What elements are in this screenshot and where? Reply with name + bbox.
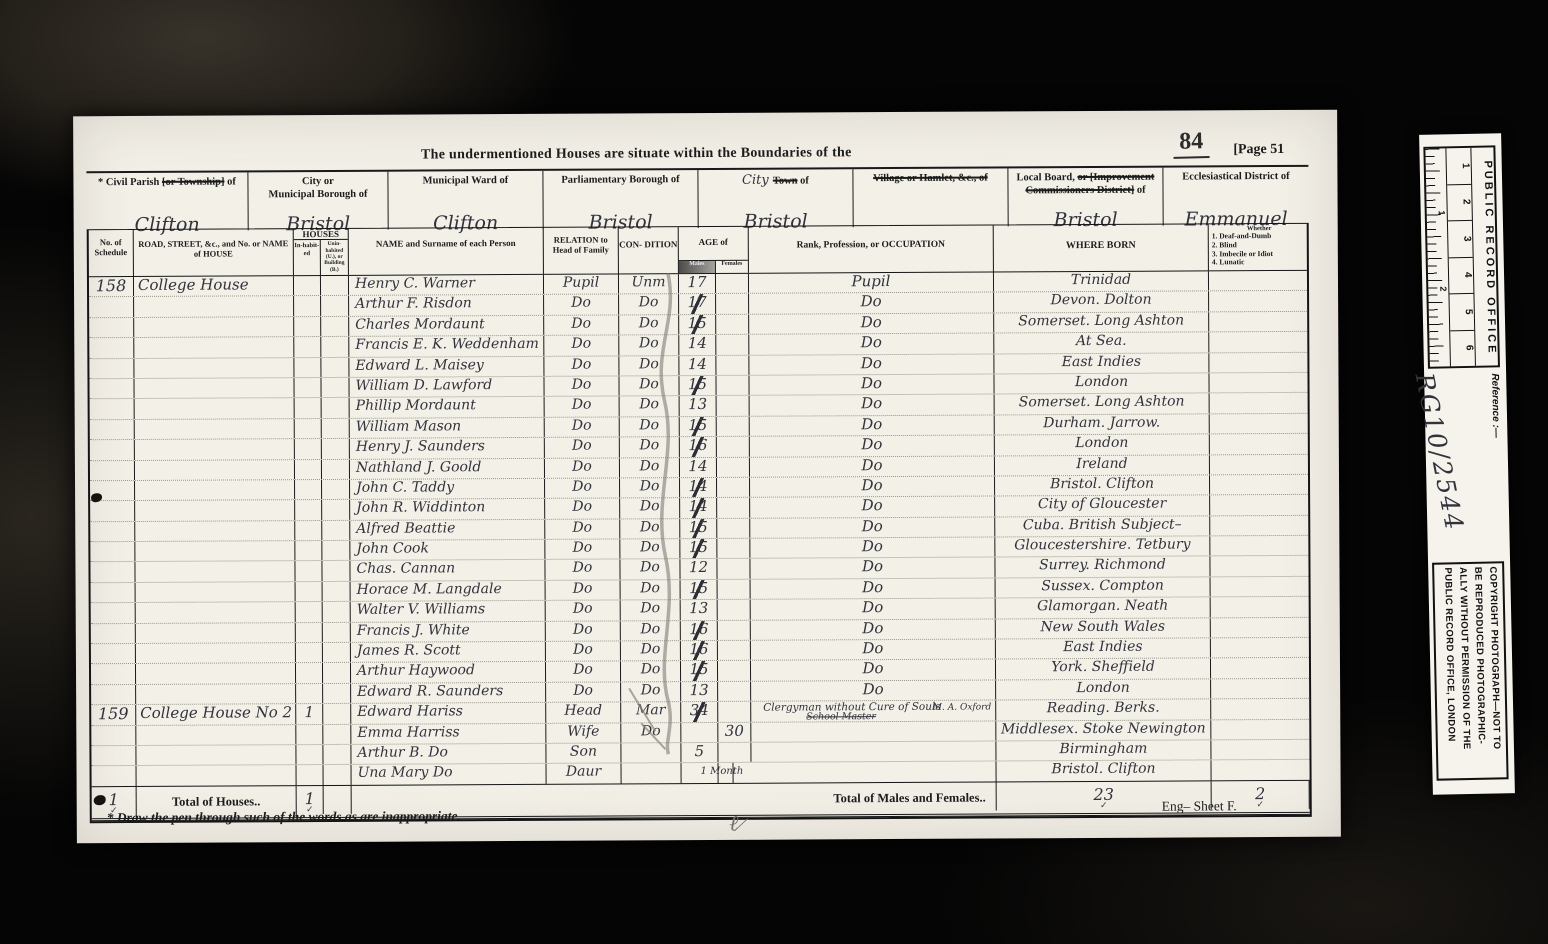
cell-sched [89, 318, 134, 338]
cell-uninh [322, 419, 350, 439]
geography-cell: * Civil Parish [or Township] ofClifton [86, 172, 248, 231]
cell-occ: Do [751, 680, 996, 701]
col-header-females: Females [716, 261, 748, 273]
cell-f [716, 355, 749, 375]
cell-uninh [323, 643, 351, 663]
cell-sched [92, 766, 137, 786]
cell-road [134, 378, 294, 398]
cell-uninh [321, 357, 349, 377]
cell-m: 12 [680, 559, 717, 579]
cell-road [135, 500, 295, 520]
cell-cond: Do [620, 560, 680, 580]
cell-occ: Do [750, 456, 995, 477]
cell-m: 15 [681, 580, 718, 600]
cell-sched [90, 562, 135, 582]
cell-born: City of Gloucester [995, 496, 1210, 517]
cell-f: 1 Month [701, 763, 734, 783]
cell-inh [294, 296, 321, 316]
reference-label: Reference :— [1489, 373, 1501, 438]
cell-inh [294, 317, 321, 337]
cell-born: Surrey. Richmond [995, 557, 1210, 578]
cell-road [135, 399, 295, 419]
cell-inh: 1 [296, 704, 323, 724]
cell-m: 16 [681, 621, 718, 641]
copyright-stamp: COPYRIGHT PHOTOGRAPH—NOT TO BE REPRODUCE… [1432, 561, 1509, 780]
cell-sched [90, 501, 135, 521]
cell-sched [91, 664, 136, 684]
cell-sched [91, 644, 136, 664]
col-header-road: ROAD, STREET, &c., and No. or NAME of HO… [134, 229, 294, 276]
geography-cell: Local Board, or [ImprovementCommissioner… [1008, 168, 1163, 227]
cell-m [681, 723, 718, 743]
cell-cond: Do [619, 315, 679, 335]
cell-sched [91, 603, 136, 623]
cell-rel: Wife [546, 723, 621, 743]
cell-name: Henry J. Saunders [350, 438, 545, 458]
ruler-number: 6 [1450, 330, 1475, 366]
cell-born: Middlesex. Stoke Newington [996, 720, 1211, 741]
cell-name: Francis J. White [351, 621, 546, 641]
cell-rel: Son [546, 743, 621, 763]
cell-cond: Do [619, 335, 679, 355]
cell-name: Emma Harriss [351, 723, 546, 743]
cell-cond: Do [621, 662, 681, 682]
cell-inh [296, 725, 323, 745]
cell-sched [90, 420, 135, 440]
cell-m: 17 [679, 294, 716, 314]
cell-rel: Do [545, 540, 620, 560]
cell-rel: Do [545, 519, 620, 539]
cell-rel: Do [545, 458, 620, 478]
cell-road [134, 358, 294, 378]
cell-cond: Do [619, 295, 679, 315]
col-header-name: NAME and Surname of each Person [349, 228, 544, 275]
cell-f [717, 478, 750, 498]
cell-rel: Do [545, 560, 620, 580]
cell-road: College House No 2 [136, 704, 296, 725]
cell-inh [297, 765, 324, 785]
cell-rel: Do [544, 295, 619, 315]
cell-cond: Do [620, 498, 680, 518]
cell-inh [295, 460, 322, 480]
cell-wh [1210, 393, 1308, 413]
cell-f [716, 376, 749, 396]
cell-inh [295, 398, 322, 418]
cell-uninh [321, 276, 349, 296]
cell-name: Henry C. Warner [349, 275, 544, 295]
cell-born: Durham. Jarrow. [995, 414, 1210, 435]
geography-column-label: Municipal Ward of [388, 171, 542, 188]
cell-rel: Do [546, 682, 621, 702]
cell-born: London [994, 373, 1209, 394]
cell-road [135, 541, 295, 561]
cell-wh [1211, 740, 1309, 760]
cell-inh [294, 378, 321, 398]
cell-m: 13 [680, 396, 717, 416]
cell-occ: Do [750, 538, 995, 559]
cell-occ: Do [750, 436, 995, 457]
cell-rel: Pupil [544, 274, 619, 294]
cell-born: Bristol. Clifton [995, 475, 1210, 496]
cell-wh [1210, 556, 1308, 576]
geography-column-label: City orMunicipal Borough of [248, 172, 387, 202]
cell-cond: Do [620, 417, 680, 437]
cell-wh [1211, 760, 1309, 780]
cell-m: 16 [681, 641, 718, 661]
cell-occ [751, 741, 996, 762]
cell-occ: Clergyman without Cure of SoulsSchool Ma… [751, 701, 996, 722]
cell-uninh [323, 724, 351, 744]
cell-uninh [323, 582, 351, 602]
table-header: No. of Schedule ROAD, STREET, &c., and N… [89, 224, 1307, 277]
cell-born: London [995, 434, 1210, 455]
cell-sched: 158 [89, 277, 134, 297]
cell-uninh [322, 521, 350, 541]
geography-column-label: Ecclesiastical District of [1163, 167, 1308, 184]
cell-name: John C. Taddy [350, 479, 545, 499]
cell-m: 14 [680, 457, 717, 477]
cell-occ: Do [750, 497, 995, 518]
cell-f [718, 620, 751, 640]
cell-rel: Do [546, 641, 621, 661]
cell-m: 13 [681, 682, 718, 702]
cell-inh [295, 480, 322, 500]
cell-sched [89, 297, 134, 317]
cell-wh [1209, 332, 1307, 352]
cell-cond: Do [620, 539, 680, 559]
houses-title: HOUSES [294, 229, 348, 241]
cell-rel: Do [544, 356, 619, 376]
reference-area: Reference :— RG10/2544 [1424, 369, 1510, 559]
cell-f [717, 518, 750, 538]
cell-wh [1211, 699, 1309, 720]
ruler-number: 5 [1449, 294, 1474, 331]
cell-name: John Cook [350, 540, 545, 560]
whether-line: 4. Lunatic [1212, 258, 1307, 267]
cell-occ: Do [751, 660, 996, 681]
cell-sched [91, 726, 136, 746]
cell-cond: Do [620, 437, 680, 457]
cell-sched [90, 399, 135, 419]
cell-m: 14 [679, 356, 716, 376]
cell-occ: Do [750, 558, 995, 579]
cell-f [717, 498, 750, 518]
col-header-occupation: Rank, Profession, or OCCUPATION [749, 225, 994, 272]
cell-road [136, 684, 296, 704]
cell-f [717, 417, 750, 437]
cell-cond: Do [620, 458, 680, 478]
cell-wh [1210, 434, 1308, 454]
cell-name: William Mason [350, 418, 545, 438]
cell-born: Glamorgan. Neath [996, 598, 1211, 619]
cell-occ: Do [749, 354, 994, 375]
cell-m: 15 [681, 661, 718, 681]
cell-cond: Do [620, 519, 680, 539]
cell-occ: Do [751, 640, 996, 661]
form-footnote: * Draw the pen through such of the words… [107, 808, 461, 826]
cell-road [136, 664, 296, 684]
cell-road [136, 643, 296, 663]
cell-inh [296, 745, 323, 765]
cell-born: London [996, 679, 1211, 700]
cell-occ: Do [751, 599, 996, 620]
cell-cond [621, 743, 681, 763]
cell-cond: Do [621, 641, 681, 661]
cell-f [718, 743, 751, 763]
ruler-number: 4 [1449, 257, 1474, 294]
cell-sched: 159 [91, 705, 136, 725]
cell-road [135, 460, 295, 480]
cell-road [136, 582, 296, 602]
cell-occ: Do [749, 293, 994, 314]
cell-sched [89, 379, 134, 399]
ruler-number: 3 [1448, 221, 1473, 258]
cell-uninh [321, 296, 349, 316]
cell-f [717, 559, 750, 579]
cell-born: Gloucestershire. Tetbury [995, 536, 1210, 557]
cell-occ: Do [750, 517, 995, 538]
ruler: 1 2 1 2 3 4 5 6 PUBLIC RECORD OFFICE [1423, 145, 1500, 368]
cell-occ: Do [749, 334, 994, 355]
cell-name: Arthur Haywood [351, 662, 546, 682]
cell-uninh [323, 684, 351, 704]
cell-road [134, 297, 294, 317]
cell-name: Charles Mordaunt [349, 316, 544, 336]
cell-cond: Do [620, 396, 680, 416]
cell-inh [296, 684, 323, 704]
cell-occ: Do [751, 619, 996, 640]
cell-born: At Sea. [994, 333, 1209, 354]
cell-name: James R. Scott [351, 642, 546, 662]
geography-cell: Municipal Ward ofClifton [388, 171, 543, 230]
cell-wh [1209, 271, 1307, 291]
cell-wh [1210, 536, 1308, 556]
cell-sched [91, 583, 136, 603]
cell-uninh [321, 337, 349, 357]
cell-road [134, 317, 294, 337]
cell-wh [1209, 373, 1307, 393]
cell-m: 14 [680, 498, 717, 518]
cell-wh [1211, 719, 1309, 739]
cell-cond: Do [620, 478, 680, 498]
cell-cond: Unm [619, 274, 679, 294]
reference-number: RG10/2544 [1410, 371, 1470, 534]
cell-f [717, 396, 750, 416]
col-header-age: AGE of Males Females [679, 227, 749, 273]
cell-inh [294, 276, 321, 296]
cell-inh [295, 541, 322, 561]
ink-blob [94, 795, 106, 805]
cell-occ: Pupil [749, 272, 994, 293]
cell-cond: Do [621, 682, 681, 702]
cell-m: 15 [679, 315, 716, 335]
cell-f [716, 335, 749, 355]
cell-rel: Do [546, 601, 621, 621]
cell-f [718, 600, 751, 620]
cell-inh [295, 521, 322, 541]
cell-cond: Do [619, 376, 679, 396]
cell-rel: Do [544, 315, 619, 335]
geography-cell: Parliamentary Borough ofBristol [543, 170, 698, 229]
cell-occ: Do [749, 374, 994, 395]
cell-road [135, 562, 295, 582]
cell-uninh [323, 623, 351, 643]
geography-column-label: Local Board, or [ImprovementCommissioner… [1008, 168, 1162, 198]
cell-f [718, 702, 751, 722]
cell-m: 5 [681, 743, 718, 763]
form-heading: The undermentioned Houses are situate wi… [86, 143, 1186, 165]
cell-m: 14 [679, 335, 716, 355]
geography-column-label: Parliamentary Borough of [543, 170, 697, 187]
cell-f [718, 682, 751, 702]
cell-f [716, 315, 749, 335]
cell-road [135, 521, 295, 541]
cell-born: Trinidad [994, 271, 1209, 292]
cell-rel: Daur [547, 764, 622, 784]
cell-uninh [323, 663, 351, 683]
public-record-office-label: PUBLIC RECORD OFFICE [1471, 147, 1498, 365]
cell-rel: Do [546, 580, 621, 600]
cell-inh [296, 623, 323, 643]
cell-m: 14 [680, 478, 717, 498]
cell-wh [1211, 638, 1309, 658]
cell-rel: Do [546, 621, 621, 641]
cell-road [136, 745, 296, 765]
col-header-uninhabited: Unin-habited (U.), or Building (B.) [321, 240, 348, 275]
cell-wh [1210, 454, 1308, 474]
ruler-side-number: 1 [1437, 210, 1447, 215]
cell-uninh [323, 745, 351, 765]
cell-cond: Mar [621, 702, 681, 722]
cell-sched [90, 461, 135, 481]
cell-uninh [321, 317, 349, 337]
cell-occ: Do [750, 415, 995, 436]
cell-wh [1211, 577, 1309, 597]
cell-f [717, 539, 750, 559]
cell-rel: Do [544, 376, 619, 396]
cell-name: Edward Hariss [351, 703, 546, 724]
cell-name: Alfred Beattie [350, 520, 545, 540]
cell-road [136, 602, 296, 622]
cell-m: 16 [680, 437, 717, 457]
col-header-inhabited: In-habit-ed [294, 240, 321, 275]
cell-born: York. Sheffield [996, 659, 1211, 680]
geography-column-label: Village or Hamlet, &c., of [853, 168, 1007, 185]
ruler-number: 2 [1447, 184, 1472, 221]
cell-name: Chas. Cannan [350, 560, 545, 580]
cell-road [136, 623, 296, 643]
cell-born: East Indies [996, 638, 1211, 659]
cell-m: 15 [679, 376, 716, 396]
cell-name: Arthur B. Do [351, 744, 546, 764]
cell-inh [294, 358, 321, 378]
cell-uninh [323, 602, 351, 622]
cell-wh [1210, 414, 1308, 434]
cell-inh [295, 439, 322, 459]
cell-occ: Do [751, 578, 996, 599]
cell-rel: Do [545, 478, 620, 498]
cell-uninh [322, 541, 350, 561]
cell-sched [90, 440, 135, 460]
cell-cond [622, 764, 682, 784]
cell-born: Cuba. British Subject– [995, 516, 1210, 537]
col-header-relation: RELATION to Head of Family [544, 227, 619, 273]
cell-rel: Do [545, 499, 620, 519]
cell-m: 15 [680, 417, 717, 437]
cell-m: 13 [681, 600, 718, 620]
cell-name: Nathland J. Goold [350, 458, 545, 478]
pro-label-strip: 1 2 1 2 3 4 5 6 PUBLIC RECORD OFFICE Ref… [1419, 133, 1515, 795]
cell-sched [91, 624, 136, 644]
cell-born: Sussex. Compton [996, 577, 1211, 598]
cell-cond: Do [621, 621, 681, 641]
cell-name: John R. Widdinton [350, 499, 545, 519]
cell-name: Edward R. Saunders [351, 683, 546, 703]
geography-column-label: * Civil Parish [or Township] of [86, 172, 247, 189]
cell-rel: Do [544, 336, 619, 356]
cell-occ: Do [750, 395, 995, 416]
cell-born: Somerset. Long Ashton [994, 312, 1209, 333]
cell-wh [1210, 495, 1308, 515]
cell-name: William D. Lawford [349, 377, 544, 397]
cell-uninh [323, 704, 351, 724]
cell-uninh [322, 439, 350, 459]
cell-born: Bristol. Clifton [996, 761, 1211, 782]
cell-road [137, 766, 297, 786]
folio-stamp: 84 [1173, 128, 1210, 159]
cell-born: Reading. Berks. [996, 700, 1211, 721]
cell-wh [1211, 658, 1309, 678]
cell-sched [91, 685, 136, 705]
cell-occ: Do [749, 313, 994, 334]
cell-sched [90, 522, 135, 542]
cell-wh [1210, 516, 1308, 536]
geography-column-label: City Town of [698, 169, 852, 189]
cell-name: Horace M. Langdale [351, 581, 546, 601]
cell-wh [1209, 312, 1307, 332]
cell-rel: Do [545, 397, 620, 417]
cell-uninh [322, 398, 350, 418]
cell-m: 15 [680, 539, 717, 559]
cell-wh [1210, 475, 1308, 495]
ruler-number: 1 [1446, 148, 1471, 185]
cell-inh [296, 582, 323, 602]
cell-born: Devon. Dolton [994, 292, 1209, 313]
cell-f [716, 274, 749, 294]
cell-uninh [322, 561, 350, 581]
cell-cond: Do [619, 356, 679, 376]
cell-name: Francis E. K. Weddenham [349, 336, 544, 356]
cell-rel: Head [546, 703, 621, 723]
cell-road [135, 419, 295, 439]
sheet-label: Eng– Sheet F. [1162, 798, 1237, 814]
cell-name: Una Mary Do [352, 764, 547, 784]
geography-header-row: * Civil Parish [or Township] ofCliftonCi… [86, 165, 1308, 231]
cell-cond: Do [621, 600, 681, 620]
cell-occ: Do [750, 476, 995, 497]
cell-sched [89, 359, 134, 379]
census-rows: 158College HouseHenry C. WarnerPupilUnm1… [89, 271, 1310, 786]
age-title: AGE of [679, 227, 748, 260]
cell-name: Arthur F. Risdon [349, 295, 544, 315]
cell-occ [752, 762, 997, 783]
cell-inh [296, 663, 323, 683]
cell-inh [294, 337, 321, 357]
cell-inh [295, 561, 322, 581]
cell-f [716, 294, 749, 314]
cell-road: College House [134, 276, 294, 296]
cell-rel: Do [546, 662, 621, 682]
